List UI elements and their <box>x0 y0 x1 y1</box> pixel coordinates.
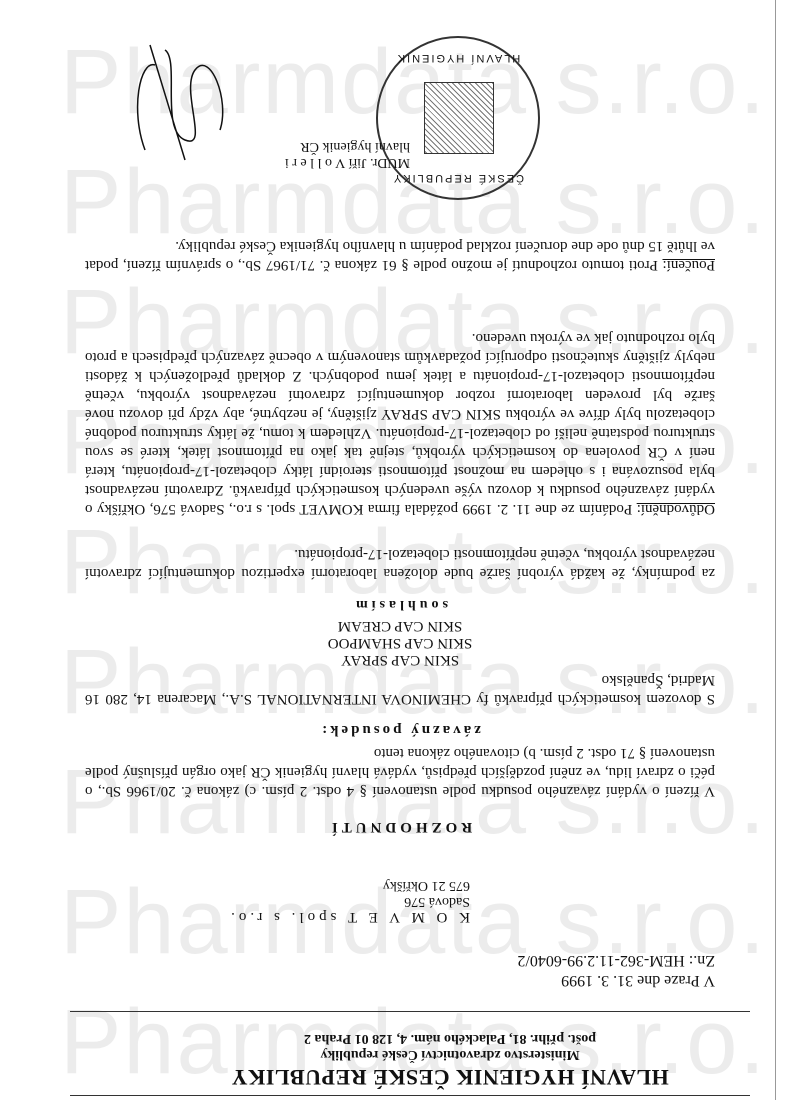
instruction-label: Poučení: <box>663 257 716 273</box>
letterhead-ministry: Ministerstvo zdravotnictví České republi… <box>130 1046 770 1062</box>
product-item: SKIN CAP CREAM <box>0 617 800 634</box>
document-page: HLAVNÍ HYGIENIK ČESKÉ REPUBLIKY Minister… <box>0 0 800 1100</box>
product-list: SKIN CAP SPRAY SKIN CAP SHAMPOO SKIN CAP… <box>0 617 800 668</box>
instruction-text: Proti tomuto rozhodnutí je možno podle §… <box>85 238 715 273</box>
signature-icon <box>120 40 240 170</box>
date-ref: V Praze dne 31. 3. 1999 Zn.: HEM-362-11.… <box>517 950 715 990</box>
justification-label: Odůvodnění: <box>637 501 715 517</box>
product-item: SKIN CAP SHAMPOO <box>0 634 800 651</box>
margin-line <box>775 0 776 1100</box>
opinion-heading: závazný posudek: <box>0 721 800 738</box>
condition-paragraph: za podmínky, že každá výrobní šarže bude… <box>85 544 715 582</box>
recipient-street: Sadová 576 <box>227 893 470 909</box>
header-top-line <box>70 1095 750 1096</box>
justification-text: Podáním ze dne 11. 2. 1999 požádala firm… <box>85 330 715 517</box>
letterhead-title: HLAVNÍ HYGIENIK ČESKÉ REPUBLIKY <box>130 1064 770 1090</box>
import-paragraph: S dovozem kosmetických přípravků fy CHEM… <box>85 670 715 708</box>
stamp-top-text: ČESKÉ REPUBLIKY <box>378 172 538 184</box>
signatory-title: hlavní hygienik ČR <box>285 138 410 154</box>
signatory-block: MUDr. Jiří V o l l e r i hlavní hygienik… <box>285 138 410 170</box>
header-bottom-line <box>70 1011 750 1012</box>
reference-number: Zn.: HEM-362-11.2.99-6040/2 <box>517 950 715 970</box>
instruction-paragraph: Poučení: Proti tomuto rozhodnutí je možn… <box>85 236 715 274</box>
place-date: V Praze dne 31. 3. 1999 <box>517 970 715 990</box>
letterhead: HLAVNÍ HYGIENIK ČESKÉ REPUBLIKY Minister… <box>130 1030 770 1090</box>
product-item: SKIN CAP SPRAY <box>0 651 800 668</box>
recipient-name: K O M V E T spol. s r.o. <box>227 909 470 925</box>
recipient-address: K O M V E T spol. s r.o. Sadová 576 675 … <box>227 877 470 925</box>
justification-paragraph: Odůvodnění: Podáním ze dne 11. 2. 1999 p… <box>85 328 715 518</box>
official-stamp: ČESKÉ REPUBLIKY HLAVNÍ HYGIENIK <box>376 36 540 200</box>
intro-paragraph: V řízení o vydání závazného posudku podl… <box>85 743 715 800</box>
coat-of-arms-icon <box>424 82 494 154</box>
decision-heading: ROZHODNUTÍ <box>0 818 800 835</box>
letterhead-address: pošt. přihr. 81, Palackého nám. 4, 128 0… <box>130 1030 770 1046</box>
consent-heading: souhlasím <box>0 596 800 612</box>
stamp-bottom-text: HLAVNÍ HYGIENIK <box>378 52 538 64</box>
signatory-name: MUDr. Jiří V o l l e r i <box>285 154 410 170</box>
recipient-city: 675 21 Okříšky <box>227 877 470 893</box>
